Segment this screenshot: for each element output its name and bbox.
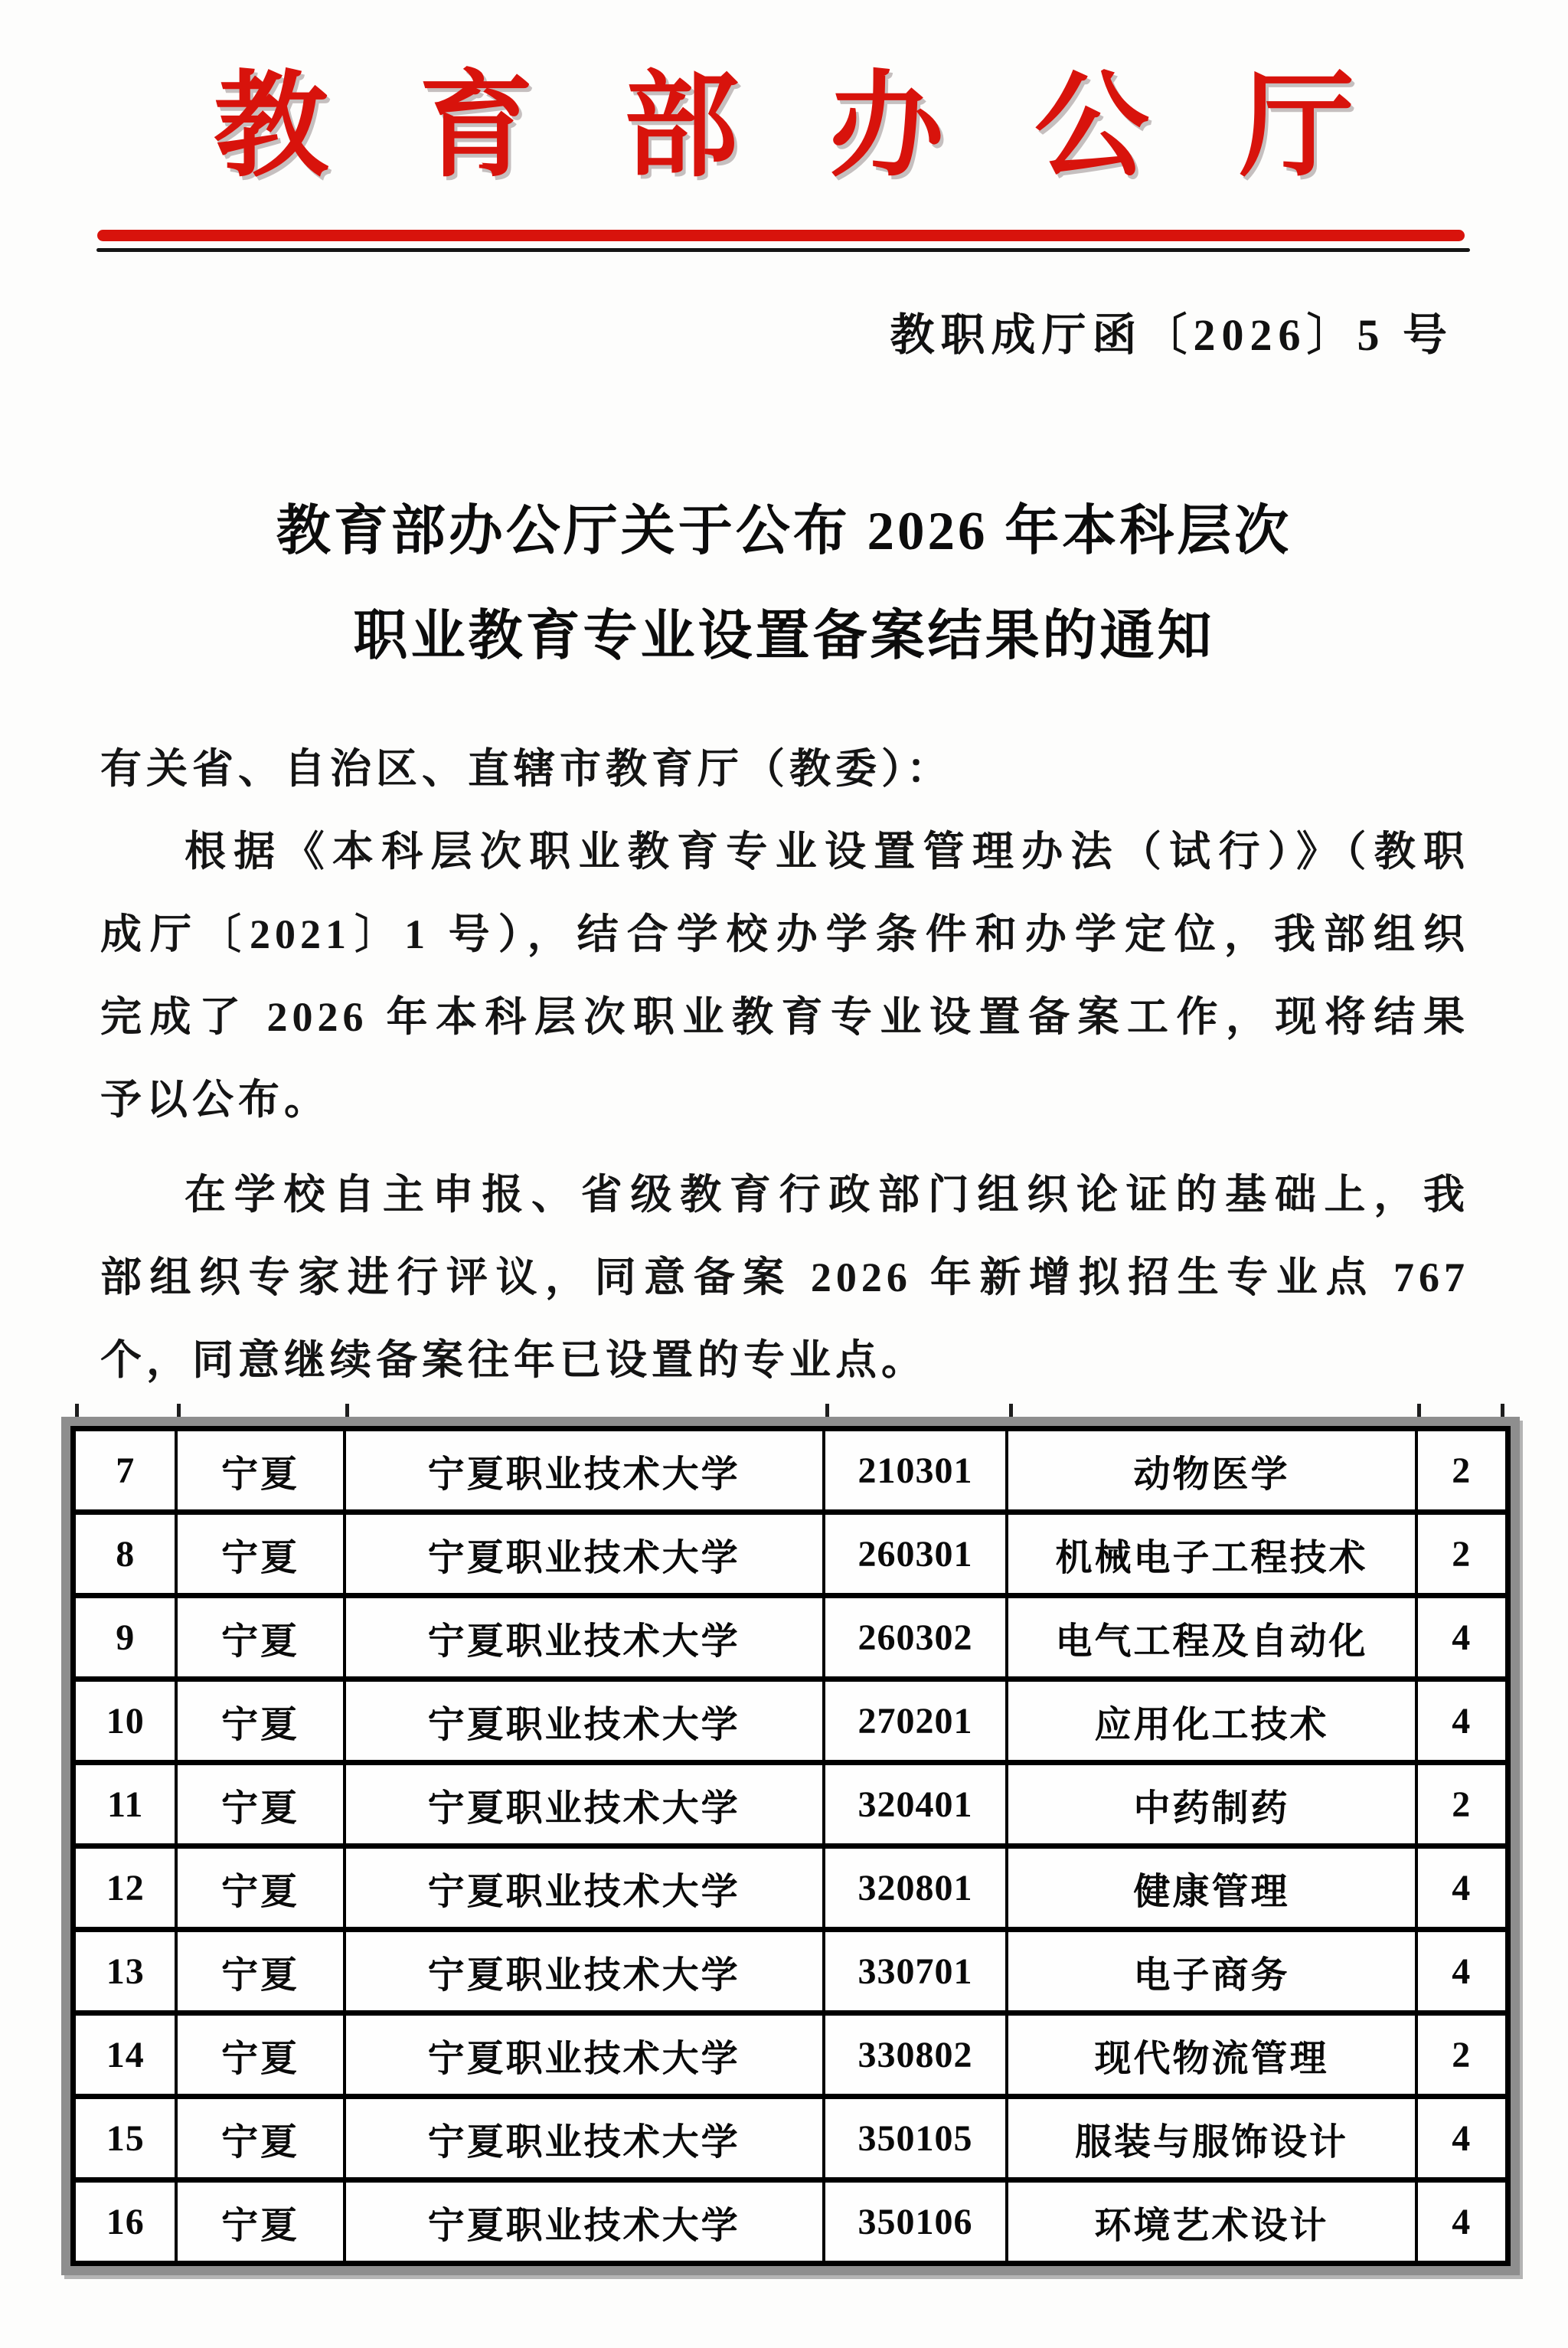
major-code-cell: 320801 bbox=[824, 1846, 1008, 1930]
count-cell: 2 bbox=[1416, 1512, 1508, 1596]
major-code-cell: 350106 bbox=[824, 2180, 1008, 2264]
body-line: 有关省、自治区、直辖市教育厅（教委）： bbox=[100, 728, 1469, 810]
province-cell: 宁夏 bbox=[176, 2013, 344, 2097]
table-row: 12 宁夏 宁夏职业技术大学 320801 健康管理 4 bbox=[73, 1846, 1508, 1930]
school-cell: 宁夏职业技术大学 bbox=[345, 2013, 824, 2097]
province-cell: 宁夏 bbox=[176, 1679, 344, 1763]
major-name-cell: 电子商务 bbox=[1007, 1930, 1416, 2013]
count-cell: 4 bbox=[1416, 2097, 1508, 2180]
scan-tick-mark bbox=[1501, 1404, 1504, 1417]
notice-title-line2: 职业教育专业设置备案结果的通知 bbox=[0, 584, 1568, 689]
school-cell: 宁夏职业技术大学 bbox=[345, 1763, 824, 1846]
table-row: 16 宁夏 宁夏职业技术大学 350106 环境艺术设计 4 bbox=[73, 2180, 1508, 2264]
major-name-cell: 现代物流管理 bbox=[1007, 2013, 1416, 2097]
major-code-cell: 210301 bbox=[824, 1429, 1008, 1512]
row-number-cell: 10 bbox=[73, 1679, 177, 1763]
scan-tick-mark bbox=[177, 1404, 181, 1417]
province-cell: 宁夏 bbox=[176, 1763, 344, 1846]
school-cell: 宁夏职业技术大学 bbox=[345, 1846, 824, 1930]
row-number-cell: 12 bbox=[73, 1846, 177, 1930]
row-number-cell: 16 bbox=[73, 2180, 177, 2264]
body-line: 予以公布。 bbox=[100, 1058, 1469, 1141]
notice-body: 有关省、自治区、直辖市教育厅（教委）： 根据《本科层次职业教育专业设置管理办法（… bbox=[100, 728, 1469, 1401]
body-line: 完成了 2026 年本科层次职业教育专业设置备案工作，现将结果 bbox=[100, 976, 1469, 1058]
major-code-cell: 260302 bbox=[824, 1596, 1008, 1679]
scan-tick-mark bbox=[75, 1404, 79, 1417]
count-cell: 4 bbox=[1416, 1679, 1508, 1763]
notice-title-line1: 教育部办公厅关于公布 2026 年本科层次 bbox=[0, 479, 1568, 584]
table-row: 9 宁夏 宁夏职业技术大学 260302 电气工程及自动化 4 bbox=[73, 1596, 1508, 1679]
scan-tick-mark bbox=[345, 1404, 349, 1417]
body-line: 个，同意继续备案往年已设置的专业点。 bbox=[100, 1319, 1469, 1401]
school-cell: 宁夏职业技术大学 bbox=[345, 1429, 824, 1512]
major-code-cell: 270201 bbox=[824, 1679, 1008, 1763]
scan-tick-mark bbox=[825, 1404, 829, 1417]
major-name-cell: 服装与服饰设计 bbox=[1007, 2097, 1416, 2180]
count-cell: 4 bbox=[1416, 1846, 1508, 1930]
count-cell: 2 bbox=[1416, 1763, 1508, 1846]
major-code-cell: 330802 bbox=[824, 2013, 1008, 2097]
province-cell: 宁夏 bbox=[176, 1596, 344, 1679]
count-cell: 4 bbox=[1416, 1596, 1508, 1679]
major-name-cell: 应用化工技术 bbox=[1007, 1679, 1416, 1763]
major-name-cell: 中药制药 bbox=[1007, 1763, 1416, 1846]
province-cell: 宁夏 bbox=[176, 1846, 344, 1930]
row-number-cell: 11 bbox=[73, 1763, 177, 1846]
major-name-cell: 动物医学 bbox=[1007, 1429, 1416, 1512]
scan-tick-mark bbox=[1417, 1404, 1421, 1417]
scanned-document-page: 教育部办公厅 教职成厅函〔2026〕5 号 教育部办公厅关于公布 2026 年本… bbox=[0, 0, 1568, 2348]
count-cell: 4 bbox=[1416, 1930, 1508, 2013]
major-code-cell: 320401 bbox=[824, 1763, 1008, 1846]
row-number-cell: 14 bbox=[73, 2013, 177, 2097]
body-line: 部组织专家进行评议，同意备案 2026 年新增拟招生专业点 767 bbox=[100, 1236, 1469, 1319]
table-row: 11 宁夏 宁夏职业技术大学 320401 中药制药 2 bbox=[73, 1763, 1508, 1846]
count-cell: 2 bbox=[1416, 2013, 1508, 2097]
major-code-cell: 260301 bbox=[824, 1512, 1008, 1596]
count-cell: 4 bbox=[1416, 2180, 1508, 2264]
letterhead-red-rule bbox=[97, 230, 1465, 241]
school-cell: 宁夏职业技术大学 bbox=[345, 2097, 824, 2180]
school-cell: 宁夏职业技术大学 bbox=[345, 1596, 824, 1679]
province-cell: 宁夏 bbox=[176, 2097, 344, 2180]
row-number-cell: 13 bbox=[73, 1930, 177, 2013]
major-code-cell: 330701 bbox=[824, 1930, 1008, 2013]
body-line: 在学校自主申报、省级教育行政部门组织论证的基础上，我 bbox=[100, 1153, 1469, 1236]
letterhead-black-rule bbox=[96, 248, 1470, 252]
major-name-cell: 机械电子工程技术 bbox=[1007, 1512, 1416, 1596]
school-cell: 宁夏职业技术大学 bbox=[345, 2180, 824, 2264]
major-name-cell: 健康管理 bbox=[1007, 1846, 1416, 1930]
major-name-cell: 环境艺术设计 bbox=[1007, 2180, 1416, 2264]
school-cell: 宁夏职业技术大学 bbox=[345, 1512, 824, 1596]
table-row: 13 宁夏 宁夏职业技术大学 330701 电子商务 4 bbox=[73, 1930, 1508, 2013]
table-row: 8 宁夏 宁夏职业技术大学 260301 机械电子工程技术 2 bbox=[73, 1512, 1508, 1596]
table-row: 10 宁夏 宁夏职业技术大学 270201 应用化工技术 4 bbox=[73, 1679, 1508, 1763]
table-row: 7 宁夏 宁夏职业技术大学 210301 动物医学 2 bbox=[73, 1429, 1508, 1512]
notice-title: 教育部办公厅关于公布 2026 年本科层次 职业教育专业设置备案结果的通知 bbox=[0, 479, 1568, 689]
scan-tick-mark bbox=[1009, 1404, 1013, 1417]
row-number-cell: 7 bbox=[73, 1429, 177, 1512]
row-number-cell: 9 bbox=[73, 1596, 177, 1679]
document-number: 教职成厅函〔2026〕5 号 bbox=[890, 299, 1453, 363]
province-cell: 宁夏 bbox=[176, 1512, 344, 1596]
major-name-cell: 电气工程及自动化 bbox=[1007, 1596, 1416, 1679]
table-row: 15 宁夏 宁夏职业技术大学 350105 服装与服饰设计 4 bbox=[73, 2097, 1508, 2180]
table-row: 14 宁夏 宁夏职业技术大学 330802 现代物流管理 2 bbox=[73, 2013, 1508, 2097]
school-cell: 宁夏职业技术大学 bbox=[345, 1679, 824, 1763]
province-cell: 宁夏 bbox=[176, 1930, 344, 2013]
major-code-cell: 350105 bbox=[824, 2097, 1008, 2180]
count-cell: 2 bbox=[1416, 1429, 1508, 1512]
province-cell: 宁夏 bbox=[176, 1429, 344, 1512]
row-number-cell: 15 bbox=[73, 2097, 177, 2180]
province-cell: 宁夏 bbox=[176, 2180, 344, 2264]
row-number-cell: 8 bbox=[73, 1512, 177, 1596]
agency-letterhead-title: 教育部办公厅 bbox=[0, 67, 1568, 188]
program-records-table: 7 宁夏 宁夏职业技术大学 210301 动物医学 2 8 宁夏 宁夏职业技术大… bbox=[70, 1426, 1511, 2266]
school-cell: 宁夏职业技术大学 bbox=[345, 1930, 824, 2013]
body-line: 成厅〔2021〕1 号），结合学校办学条件和办学定位，我部组织 bbox=[100, 893, 1469, 976]
body-line: 根据《本科层次职业教育专业设置管理办法（试行）》（教职 bbox=[100, 810, 1469, 893]
records-table-frame: 7 宁夏 宁夏职业技术大学 210301 动物医学 2 8 宁夏 宁夏职业技术大… bbox=[61, 1417, 1520, 2275]
